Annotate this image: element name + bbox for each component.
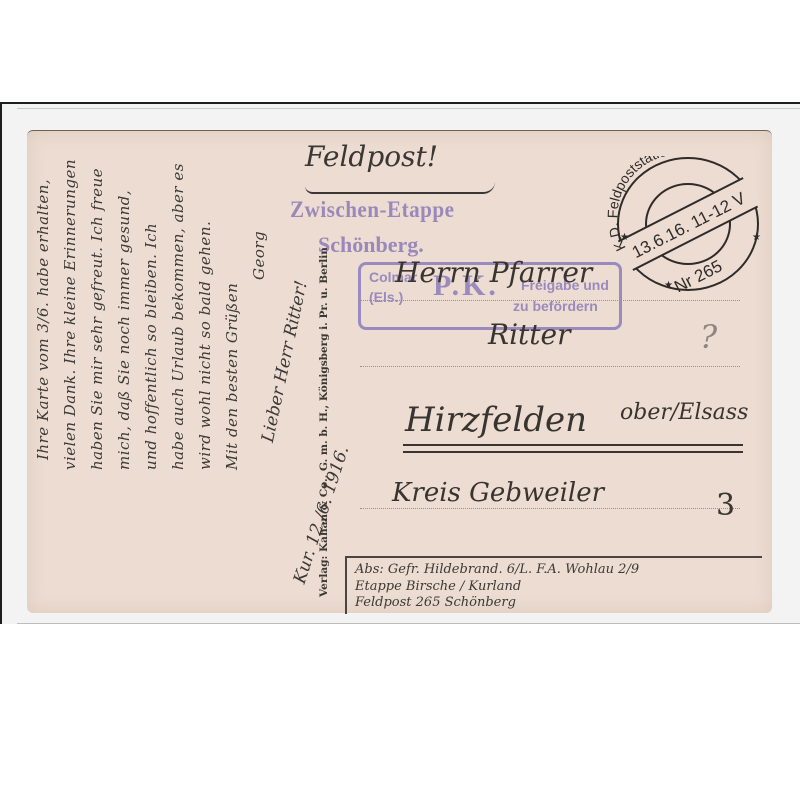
message-line: vielen Dank. Ihre kleine Erinnerungen xyxy=(57,10,84,470)
address-number-mark: 3 xyxy=(716,488,735,523)
sender-line-2: Etappe Birsche / Kurland xyxy=(355,579,521,594)
postmark-stamp: 13.6.16. 11-12 V K.D. Feldpoststation Nr… xyxy=(604,156,764,292)
unit-stamp-line2: Schönberg. xyxy=(318,232,424,258)
message-line: Ihre Karte vom 3/6. habe erhalten, xyxy=(30,10,57,470)
town-double-underline xyxy=(403,444,743,453)
address-guide-3 xyxy=(360,508,740,509)
address-guide-1 xyxy=(360,300,740,301)
publisher-imprint: Verlag: Kahan & Co., G. m. b. H., Königs… xyxy=(318,247,330,597)
svg-text:★: ★ xyxy=(664,280,673,291)
address-region: ober/Elsass xyxy=(620,400,748,425)
svg-text:★: ★ xyxy=(752,232,761,243)
postmark-number: Nr 265 xyxy=(671,256,725,292)
sender-box: Abs: Gefr. Hildebrand. 6/L. F.A. Wohlau … xyxy=(345,556,762,614)
message-line: haben Sie mir sehr gefreut. Ich freue xyxy=(84,10,111,470)
message-line: habe auch Urlaub bekommen, aber es xyxy=(165,10,192,470)
message-line: wird wohl nicht so bald gehen. xyxy=(192,10,219,470)
sender-line-3: Feldpost 265 Schönberg xyxy=(355,595,516,610)
feldpost-underline xyxy=(305,182,495,194)
pencil-question-mark: ? xyxy=(700,318,717,356)
address-line-1: Herrn Pfarrer xyxy=(395,256,592,289)
address-guide-2 xyxy=(360,366,740,367)
sender-line-1: Abs: Gefr. Hildebrand. 6/L. F.A. Wohlau … xyxy=(355,562,639,577)
svg-text:★: ★ xyxy=(620,232,629,243)
feldpost-heading: Feldpost! xyxy=(305,140,438,173)
unit-stamp-line1: Zwischen-Etappe xyxy=(290,197,454,223)
message-line: und hoffentlich so bleiben. Ich xyxy=(138,10,165,470)
address-town: Hirzfelden xyxy=(405,400,587,440)
address-line-2: Ritter xyxy=(488,318,571,351)
censor-region: (Els.) xyxy=(369,289,403,305)
message-line: Mit den besten Grüßen xyxy=(219,10,246,470)
address-district: Kreis Gebweiler xyxy=(392,478,604,508)
message-line: mich, daß Sie noch immer gesund, xyxy=(111,10,138,470)
handwritten-message: Ihre Karte vom 3/6. habe erhalten, viele… xyxy=(30,10,273,470)
